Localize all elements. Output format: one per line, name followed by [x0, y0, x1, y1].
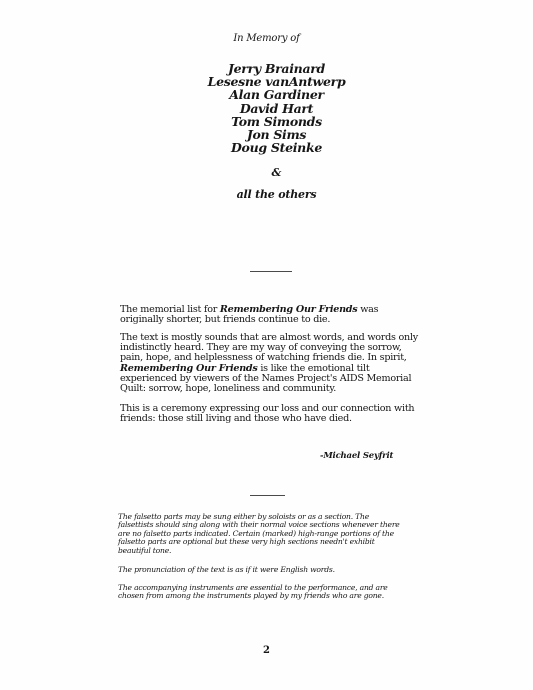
text-line: The pronunciation of the text is as if i… — [118, 566, 428, 574]
statement-paragraph-1: The memorial list for Remembering Our Fr… — [120, 305, 420, 325]
page-number: 2 — [0, 645, 533, 656]
author-signature: -Michael Seyfrit — [320, 451, 393, 461]
text-run: was — [357, 304, 378, 315]
text-line: Quilt: sorrow, hope, loneliness and comm… — [120, 384, 420, 394]
performance-note-falsetto: The falsetto parts may be sung either by… — [118, 513, 428, 555]
document-page: In Memory of Jerry Brainard Lesesne vanA… — [0, 0, 533, 690]
text-line: chosen from among the instruments played… — [118, 592, 428, 600]
text-line: beautiful tone. — [118, 547, 428, 555]
text-line: originally shorter, but friends continue… — [120, 315, 420, 325]
work-title: Remembering Our Friends — [120, 363, 258, 374]
section-divider — [250, 495, 285, 496]
dedication-heading: In Memory of — [0, 33, 533, 44]
performance-note-pronunciation: The pronunciation of the text is as if i… — [118, 566, 428, 574]
all-the-others: all the others — [0, 188, 533, 201]
text-run: is like the emotional tilt — [258, 363, 370, 374]
section-divider — [250, 271, 292, 272]
ampersand: & — [0, 166, 533, 179]
statement-paragraph-2: The text is mostly sounds that are almos… — [120, 333, 420, 394]
memorial-name: Doug Steinke — [0, 141, 533, 154]
performance-note-instruments: The accompanying instruments are essenti… — [118, 584, 428, 601]
memorial-name: David Hart — [0, 102, 533, 115]
memorial-names-list: Jerry Brainard Lesesne vanAntwerp Alan G… — [0, 62, 533, 154]
statement-paragraph-3: This is a ceremony expressing our loss a… — [120, 404, 420, 424]
memorial-name: Alan Gardiner — [0, 88, 533, 101]
text-line: friends: those still living and those wh… — [120, 414, 420, 424]
